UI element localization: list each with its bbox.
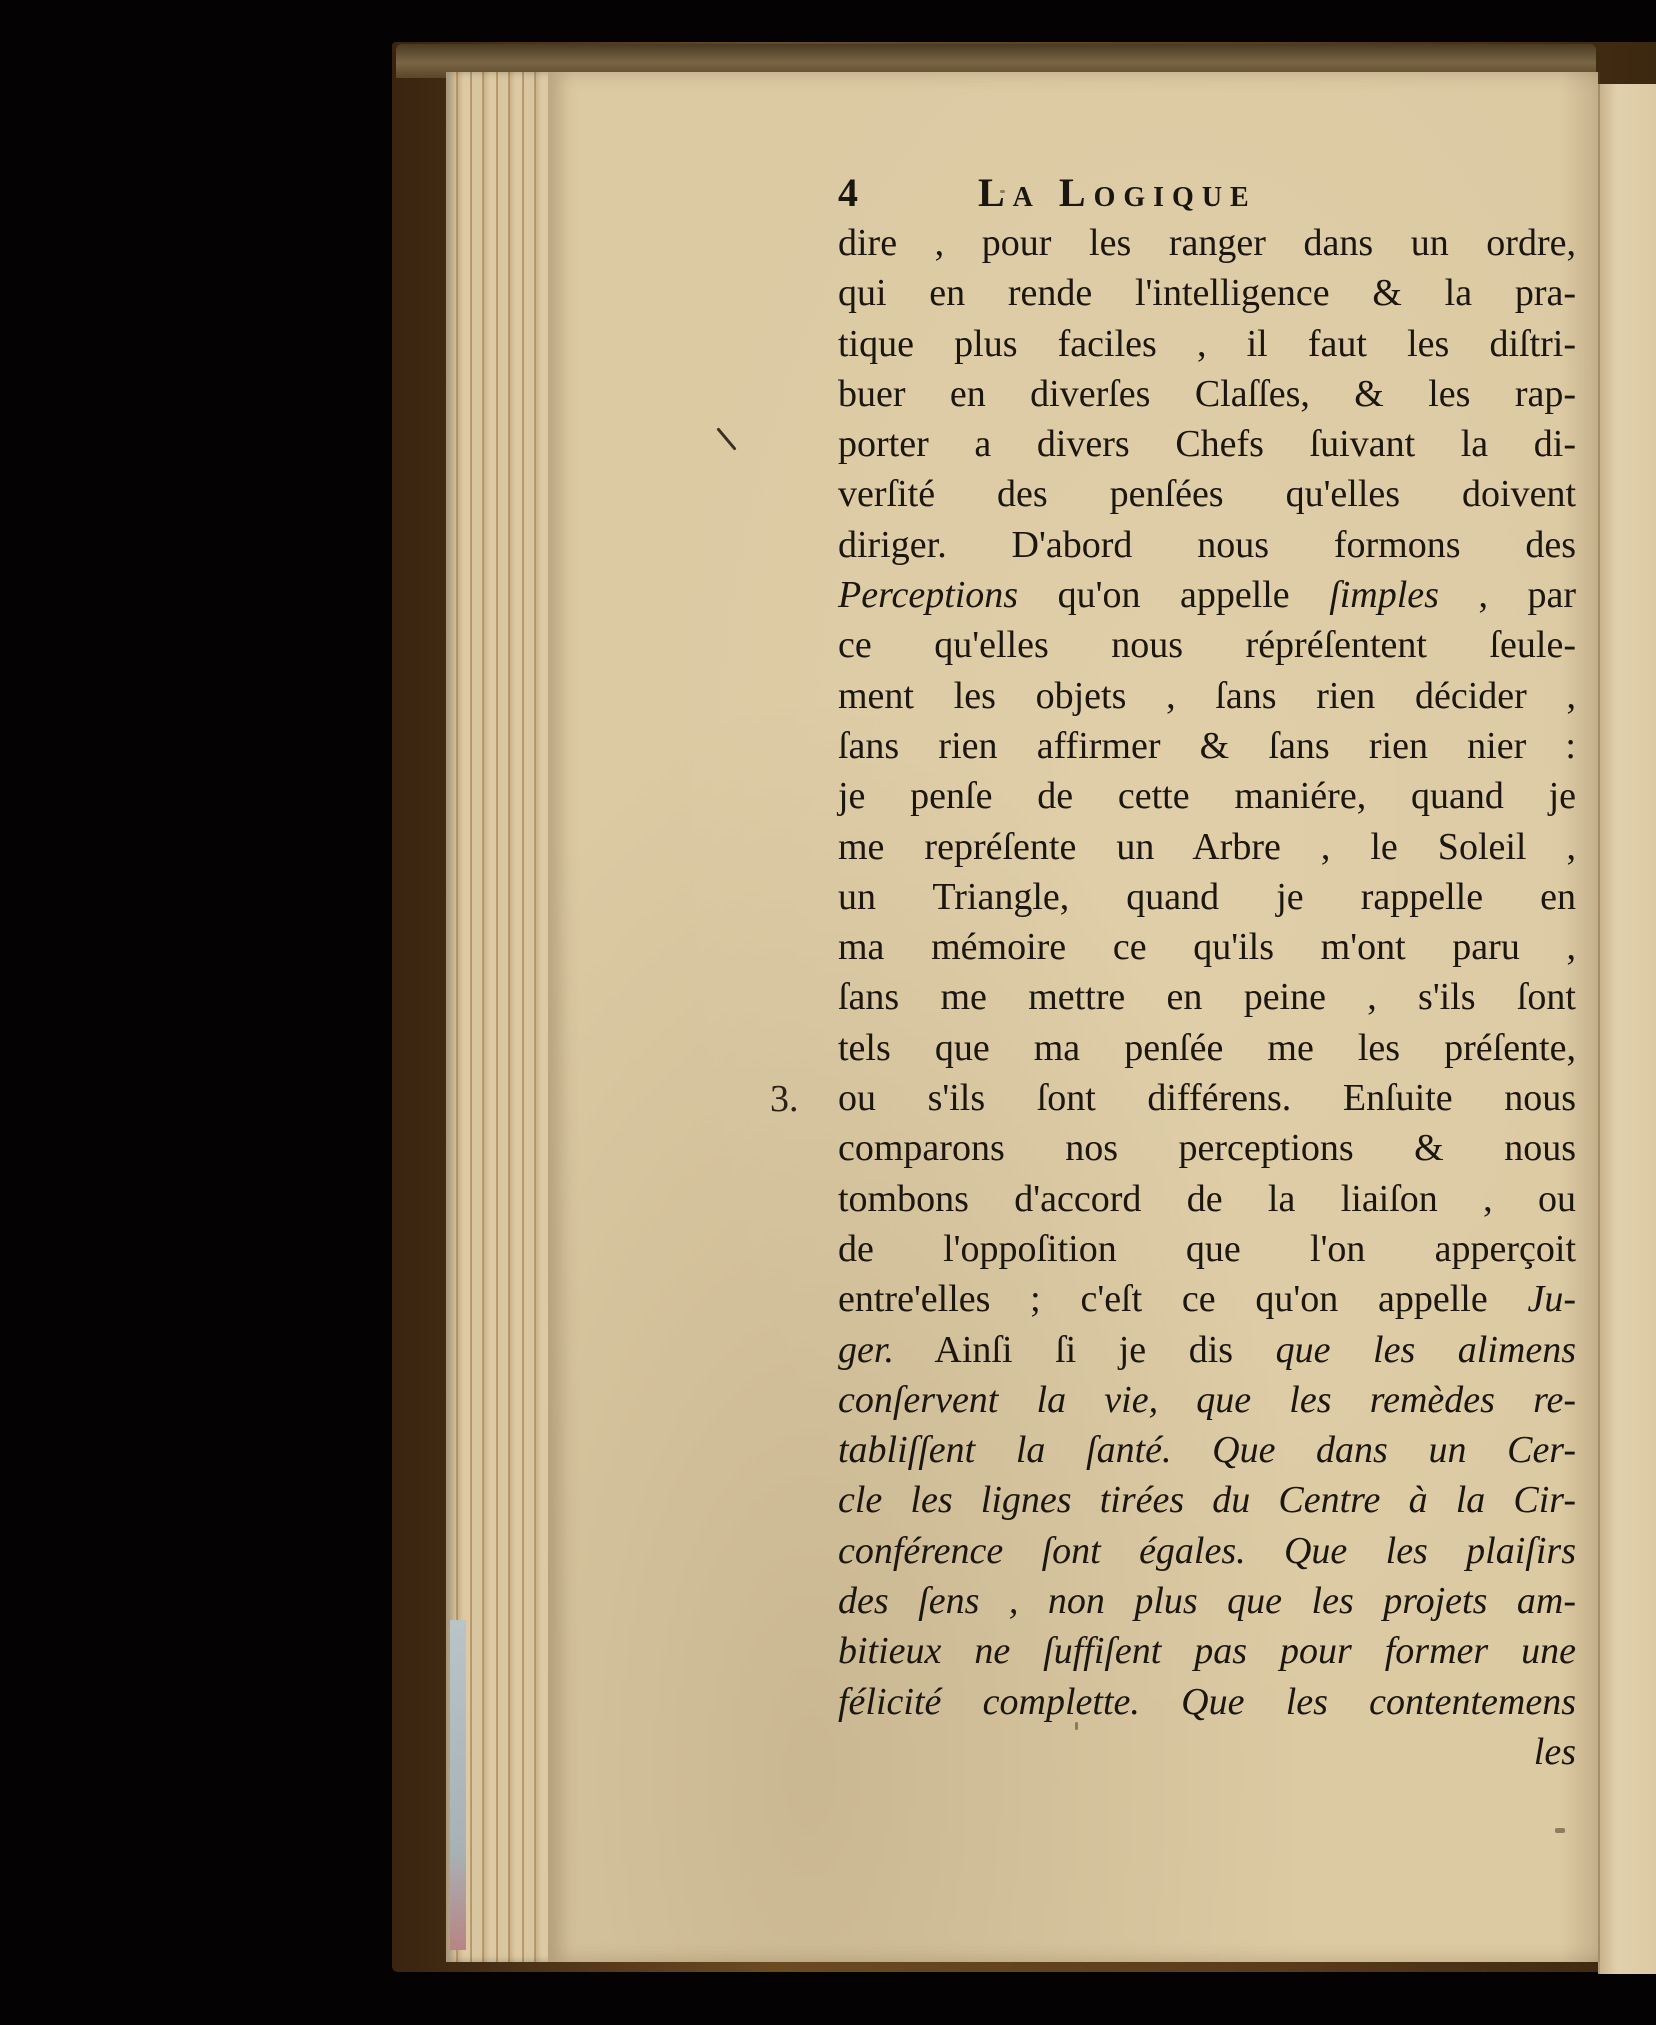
text-line: porter a divers Chefs ſuivant la di-	[838, 419, 1576, 469]
text-line: entre'elles ; c'eſt ce qu'on appelle Ju-	[838, 1274, 1576, 1324]
italic-segment: que les alimens	[1276, 1329, 1576, 1371]
text-line: Perceptions qu'on appelle ſimples , par	[838, 570, 1576, 620]
text-line: comparons nos perceptions & nous	[838, 1123, 1576, 1173]
endpaper-edge	[450, 1620, 466, 1950]
text-line: des ſens , non plus que les projets am-	[838, 1576, 1576, 1626]
facing-page-edge	[1598, 84, 1656, 1974]
text-line: buer en diverſes Claſſes, & les rap-	[838, 369, 1576, 419]
text-line: bitieux ne ſuffiſent pas pour former une	[838, 1626, 1576, 1676]
margin-section-number: 3.	[770, 1074, 799, 1124]
page-number: 4	[838, 168, 858, 218]
text-line: ou s'ils ſont différens. Enſuite nous	[838, 1073, 1576, 1123]
roman-segment: Ainſi ſi je dis	[894, 1329, 1276, 1371]
text-line: ce qu'elles nous répréſentent ſeule-	[838, 620, 1576, 670]
text-line: qui en rende l'intelligence & la pra-	[838, 268, 1576, 318]
text-line: ger. Ainſi ſi je dis que les alimens	[838, 1325, 1576, 1375]
text-line: de l'oppoſition que l'on apperçoit	[838, 1224, 1576, 1274]
italic-segment: ſimples	[1329, 574, 1439, 616]
text-line: un Triangle, quand je rappelle en	[838, 872, 1576, 922]
paper-speck	[1555, 1828, 1565, 1833]
roman-segment: , par	[1439, 574, 1576, 616]
text-line: me repréſente un Arbre , le Soleil ,	[838, 822, 1576, 872]
text-line: ſans me mettre en peine , s'ils ſont	[838, 972, 1576, 1022]
text-block: 4 La Logique dire , pour les ranger dans…	[838, 168, 1576, 1777]
italic-segment: Ju-	[1527, 1278, 1576, 1320]
text-line: diriger. D'abord nous formons des	[838, 520, 1576, 570]
body-text: dire , pour les ranger dans un ordre,qui…	[838, 218, 1576, 1727]
text-line: verſité des penſées qu'elles doivent	[838, 469, 1576, 519]
text-line: ma mémoire ce qu'ils m'ont paru ,	[838, 922, 1576, 972]
italic-segment: ger.	[838, 1329, 894, 1371]
text-line: ment les objets , ſans rien décider ,	[838, 671, 1576, 721]
text-line: je penſe de cette maniére, quand je	[838, 771, 1576, 821]
text-line: dire , pour les ranger dans un ordre,	[838, 218, 1576, 268]
text-line: félicité complette. Que les contentemens	[838, 1677, 1576, 1727]
text-line: tique plus faciles , il faut les diſtri-	[838, 319, 1576, 369]
text-line: conférence ſont égales. Que les plaiſirs	[838, 1526, 1576, 1576]
text-line: tabliſſent la ſanté. Que dans un Cer-	[838, 1425, 1576, 1475]
roman-segment: qu'on appelle	[1018, 574, 1329, 616]
book-scan: 3. 4 La Logique dire , pour les ranger d…	[0, 0, 1656, 2025]
italic-segment: Perceptions	[838, 574, 1018, 616]
roman-segment: entre'elles ; c'eſt ce qu'on appelle	[838, 1278, 1527, 1320]
text-line: conſervent la vie, que les remèdes re-	[838, 1375, 1576, 1425]
running-head: 4 La Logique	[838, 168, 1576, 218]
text-line: cle les lignes tirées du Centre à la Cir…	[838, 1475, 1576, 1525]
text-line: tombons d'accord de la liaiſon , ou	[838, 1174, 1576, 1224]
catchword: les	[838, 1727, 1576, 1777]
text-line: ſans rien affirmer & ſans rien nier :	[838, 721, 1576, 771]
text-line: tels que ma penſée me les préſente,	[838, 1023, 1576, 1073]
running-title: La Logique	[978, 168, 1257, 218]
